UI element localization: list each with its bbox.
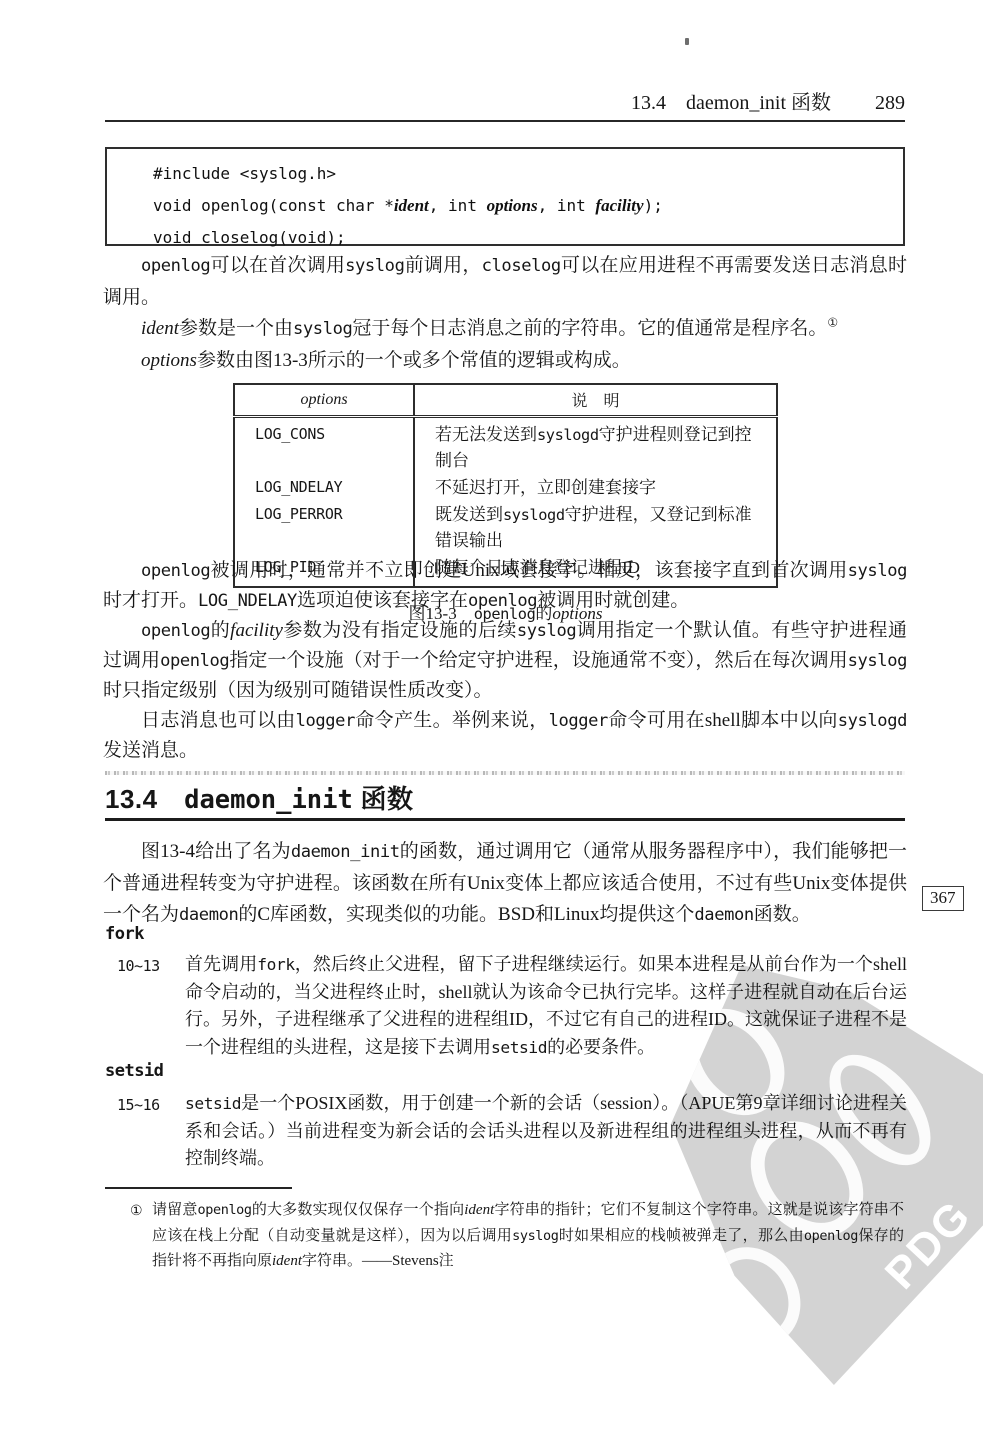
section-heading-rule	[105, 818, 905, 821]
description-cell: 不延迟打开，立即创建套接字	[414, 474, 777, 501]
column-header-description: 说 明	[414, 384, 777, 417]
table-row: LOG_NDELAY 不延迟打开，立即创建套接字	[234, 474, 777, 501]
note-text: setsid是一个POSIX函数，用于创建一个新的会话（session）。（AP…	[185, 1093, 907, 1168]
footnote: ① 请留意openlog的大多数实现仅仅保存一个指向ident字符串的指针；它们…	[130, 1198, 904, 1275]
footnote-text: 请留意openlog的大多数实现仅仅保存一个指向ident字符串的指针；它们不复…	[152, 1202, 904, 1269]
option-cell: LOG_CONS	[234, 417, 414, 475]
paragraph: openlog的facility参数为没有指定设施的后续syslog调用指定一个…	[103, 616, 907, 706]
body-paragraphs-middle: openlog被调用时，通常并不立即创建Unix域套接字。相反，该套接字直到首次…	[103, 556, 907, 766]
running-head-title: 13.4 daemon_init 函数	[631, 86, 831, 115]
code-synopsis-box: #include <syslog.h> void openlog(const c…	[105, 147, 905, 246]
table-row: LOG_PERROR 既发送到syslogd守护进程，又登记到标准错误输出	[234, 501, 777, 554]
running-head: 13.4 daemon_init 函数 289	[105, 86, 905, 115]
note-text: 首先调用fork，然后终止父进程，留下子进程继续运行。如果本进程是从前台作为一个…	[185, 954, 907, 1057]
paragraph: openlog可以在首次调用syslog前调用，closelog可以在应用进程不…	[103, 250, 907, 313]
code-line-openlog: void openlog(const char *ident, int opti…	[153, 190, 903, 222]
running-head-rule	[105, 120, 905, 122]
body-paragraphs-section: 图13-4给出了名为daemon_init的函数，通过调用它（通常从服务器程序中…	[103, 836, 907, 931]
column-header-options: options	[234, 384, 414, 417]
description-cell: 既发送到syslogd守护进程，又登记到标准错误输出	[414, 501, 777, 554]
line-range: 15~16	[117, 1092, 160, 1120]
code-line-include: #include <syslog.h>	[153, 158, 903, 190]
description-cell: 若无法发送到syslogd守护进程则登记到控制台	[414, 417, 777, 475]
note-fork: 10~13 首先调用fork，然后终止父进程，留下子进程继续运行。如果本进程是从…	[105, 951, 907, 1061]
note-setsid: 15~16 setsid是一个POSIX函数，用于创建一个新的会话（sessio…	[105, 1090, 907, 1173]
paragraph: 图13-4给出了名为daemon_init的函数，通过调用它（通常从服务器程序中…	[103, 836, 907, 931]
footnote-separator-rule	[105, 1187, 292, 1189]
body-paragraphs-top: openlog可以在首次调用syslog前调用，closelog可以在应用进程不…	[103, 250, 907, 376]
option-cell: LOG_NDELAY	[234, 474, 414, 501]
page-number: 289	[875, 92, 905, 115]
margin-page-ref-box: 367	[922, 886, 964, 911]
line-range: 10~13	[117, 953, 160, 981]
paragraph: ident参数是一个由syslog冠于每个日志消息之前的字符串。它的值通常是程序…	[103, 313, 907, 345]
paragraph: options参数由图13-3所示的一个或多个常值的逻辑或构成。	[103, 345, 907, 376]
option-cell: LOG_PERROR	[234, 501, 414, 554]
note-label-setsid: setsid	[105, 1061, 163, 1081]
note-label-fork: fork	[105, 924, 144, 944]
section-heading: 13.4 daemon_init 函数	[105, 779, 905, 816]
table-header-row: options 说 明	[234, 384, 777, 417]
section-heading-texture-band	[105, 771, 905, 775]
table-row: LOG_CONS 若无法发送到syslogd守护进程则登记到控制台	[234, 417, 777, 475]
paragraph: openlog被调用时，通常并不立即创建Unix域套接字。相反，该套接字直到首次…	[103, 556, 907, 616]
footnote-marker: ①	[130, 1199, 143, 1225]
scan-artifact-dot	[685, 38, 689, 45]
paragraph: 日志消息也可以由logger命令产生。举例来说，logger命令可用在shell…	[103, 706, 907, 766]
